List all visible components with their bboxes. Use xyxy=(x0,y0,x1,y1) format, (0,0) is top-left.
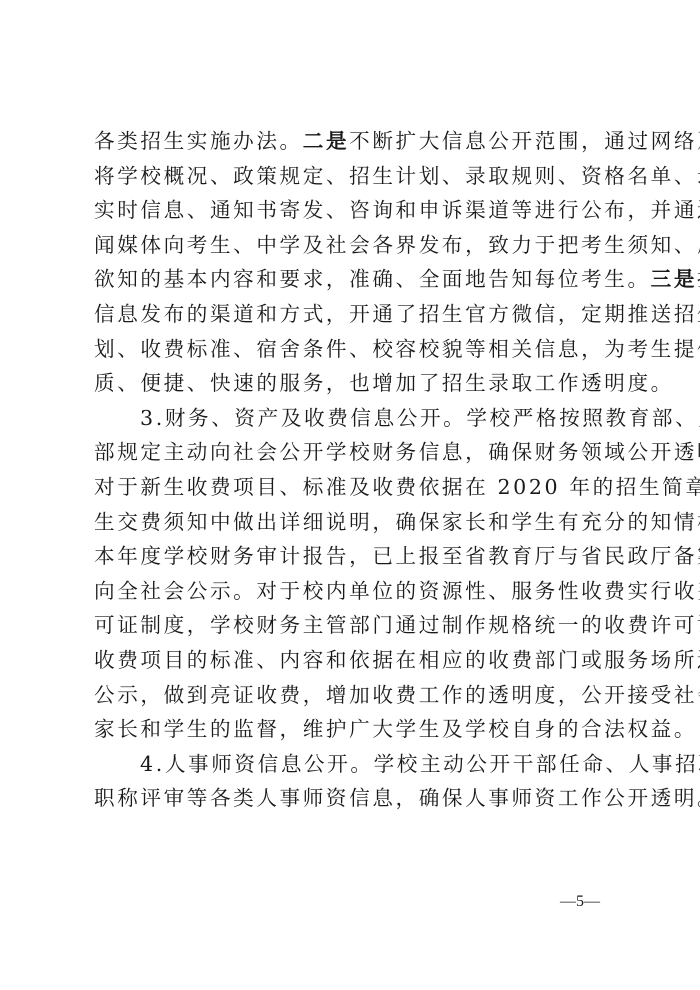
text-segment: 信息发布的渠道和方式，开通了招生官方微信，定期推送招生计 xyxy=(94,302,700,326)
bold-text-segment: 三是 xyxy=(651,267,697,291)
text-segment: 各类招生实施办法。 xyxy=(94,129,303,153)
page-number: —5— xyxy=(560,893,600,911)
text-line: 信息发布的渠道和方式，开通了招生官方微信，定期推送招生计 xyxy=(94,297,610,332)
text-segment: 4.人事师资信息公开。学校主动公开干部任命、人事招聘、 xyxy=(140,752,700,776)
text-line: 闻媒体向考生、中学及社会各界发布，致力于把考生须知、应知、 xyxy=(94,228,610,263)
text-line: 对于新生收费项目、标准及收费依据在 2020 年的招生简章及新 xyxy=(94,470,610,505)
text-line: 向全社会公示。对于校内单位的资源性、服务性收费实行收费许 xyxy=(94,574,610,609)
text-segment: 对于新生收费项目、标准及收费依据在 2020 年的招生简章及新 xyxy=(94,475,700,499)
text-segment: 向全社会公示。对于校内单位的资源性、服务性收费实行收费许 xyxy=(94,579,700,603)
text-line: 可证制度，学校财务主管部门通过制作规格统一的收费许可证将 xyxy=(94,608,610,643)
text-segment: 部规定主动向社会公开学校财务信息，确保财务领域公开透明。 xyxy=(94,440,700,464)
text-segment: 实时信息、通知书寄发、咨询和申诉渠道等进行公布，并通过新 xyxy=(94,198,700,222)
text-line: 公示，做到亮证收费，增加收费工作的透明度，公开接受社会、 xyxy=(94,678,610,713)
text-segment: 质、便捷、快速的服务，也增加了招生录取工作透明度。 xyxy=(94,371,674,395)
section-heading-line: 4.人事师资信息公开。学校主动公开干部任命、人事招聘、 xyxy=(94,747,610,782)
section-heading-line: 3.财务、资产及收费信息公开。学校严格按照教育部、财政 xyxy=(94,401,610,436)
text-line: 收费项目的标准、内容和依据在相应的收费部门或服务场所进行 xyxy=(94,643,610,678)
text-line: 质、便捷、快速的服务，也增加了招生录取工作透明度。 xyxy=(94,366,610,401)
text-line: 各类招生实施办法。二是不断扩大信息公开范围，通过网络及时 xyxy=(94,124,610,159)
text-line: 部规定主动向社会公开学校财务信息，确保财务领域公开透明。 xyxy=(94,435,610,470)
text-line: 本年度学校财务审计报告，已上报至省教育厅与省民政厅备案并 xyxy=(94,539,610,574)
text-segment: 职称评审等各类人事师资信息，确保人事师资工作公开透明。严 xyxy=(94,786,700,810)
text-segment: 收费项目的标准、内容和依据在相应的收费部门或服务场所进行 xyxy=(94,648,700,672)
text-line: 生交费须知中做出详细说明，确保家长和学生有充分的知情权。 xyxy=(94,505,610,540)
text-line: 职称评审等各类人事师资信息，确保人事师资工作公开透明。严 xyxy=(94,781,610,816)
document-page: 各类招生实施办法。二是不断扩大信息公开范围，通过网络及时 将学校概况、政策规定、… xyxy=(0,0,700,990)
text-line: 划、收费标准、宿舍条件、校容校貌等相关信息，为考生提供优 xyxy=(94,332,610,367)
text-segment: 本年度学校财务审计报告，已上报至省教育厅与省民政厅备案并 xyxy=(94,544,700,568)
text-segment: 3.财务、资产及收费信息公开。学校严格按照教育部、财政 xyxy=(140,406,700,430)
bold-text-segment: 二是 xyxy=(303,129,349,153)
text-line: 欲知的基本内容和要求，准确、全面地告知每位考生。三是拓宽 xyxy=(94,262,610,297)
text-segment: 划、收费标准、宿舍条件、校容校貌等相关信息，为考生提供优 xyxy=(94,337,700,361)
text-segment: 欲知的基本内容和要求，准确、全面地告知每位考生。 xyxy=(94,267,651,291)
text-line: 将学校概况、政策规定、招生计划、录取规则、资格名单、录取 xyxy=(94,159,610,194)
text-segment: 生交费须知中做出详细说明，确保家长和学生有充分的知情权。 xyxy=(94,510,700,534)
text-segment: 不断扩大信息公开范围，通过网络及时 xyxy=(349,129,700,153)
text-segment: 公示，做到亮证收费，增加收费工作的透明度，公开接受社会、 xyxy=(94,683,700,707)
body-text: 各类招生实施办法。二是不断扩大信息公开范围，通过网络及时 将学校概况、政策规定、… xyxy=(94,124,614,816)
text-line: 家长和学生的监督，维护广大学生及学校自身的合法权益。 xyxy=(94,712,610,747)
text-line: 实时信息、通知书寄发、咨询和申诉渠道等进行公布，并通过新 xyxy=(94,193,610,228)
text-segment: 家长和学生的监督，维护广大学生及学校自身的合法权益。 xyxy=(94,717,697,741)
text-segment: 将学校概况、政策规定、招生计划、录取规则、资格名单、录取 xyxy=(94,164,700,188)
text-segment: 可证制度，学校财务主管部门通过制作规格统一的收费许可证将 xyxy=(94,613,700,637)
text-segment: 闻媒体向考生、中学及社会各界发布，致力于把考生须知、应知、 xyxy=(94,233,700,257)
